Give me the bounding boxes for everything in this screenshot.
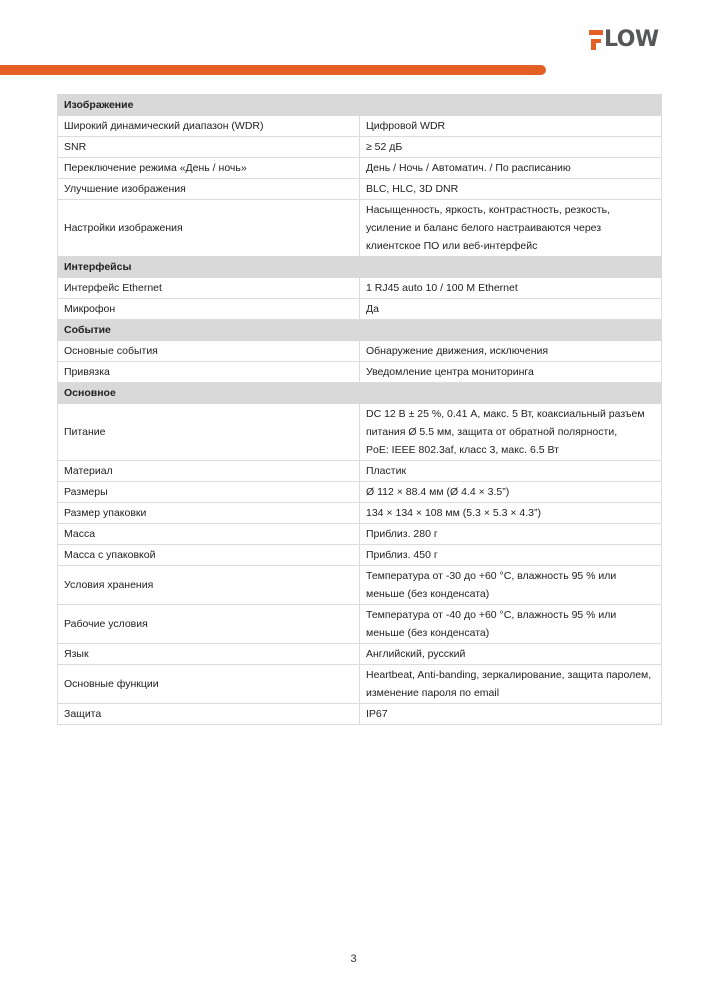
table-row: Интерфейс Ethernet1 RJ45 auto 10 / 100 M… [58, 278, 662, 299]
spec-key: Настройки изображения [58, 200, 360, 257]
spec-value-line: PoE: IEEE 802.3af, класс 3, макс. 6.5 Вт [366, 441, 655, 459]
table-row: Улучшение изображенияBLC, HLC, 3D DNR [58, 179, 662, 200]
section-header-row: Интерфейсы [58, 257, 662, 278]
spec-key: Размеры [58, 482, 360, 503]
spec-key: Защита [58, 704, 360, 725]
spec-key: Масса с упаковкой [58, 545, 360, 566]
table-row: Размер упаковки134 × 134 × 108 мм (5.3 ×… [58, 503, 662, 524]
spec-value: Английский, русский [360, 644, 662, 665]
table-row: Настройки изображенияНасыщенность, яркос… [58, 200, 662, 257]
page-number: 3 [0, 953, 707, 965]
spec-key: Широкий динамический диапазон (WDR) [58, 116, 360, 137]
spec-key: SNR [58, 137, 360, 158]
spec-key: Язык [58, 644, 360, 665]
spec-value-line: 134 × 134 × 108 мм (5.3 × 5.3 × 4.3”) [366, 504, 655, 522]
spec-key: Питание [58, 404, 360, 461]
spec-value-line: Да [366, 300, 655, 318]
spec-key: Переключение режима «День / ночь» [58, 158, 360, 179]
section-header-row: Изображение [58, 95, 662, 116]
spec-value: День / Ночь / Автоматич. / По расписанию [360, 158, 662, 179]
spec-value-line: Уведомление центра мониторинга [366, 363, 655, 381]
spec-value: Приблиз. 280 г [360, 524, 662, 545]
spec-value: Температура от -40 до +60 °C, влажность … [360, 605, 662, 644]
spec-value: Температура от -30 до +60 °C, влажность … [360, 566, 662, 605]
spec-value: Обнаружение движения, исключения [360, 341, 662, 362]
spec-value: IP67 [360, 704, 662, 725]
spec-value-line: Обнаружение движения, исключения [366, 342, 655, 360]
section-title: Основное [58, 383, 662, 404]
spec-value: Уведомление центра мониторинга [360, 362, 662, 383]
spec-value: Heartbeat, Anti-banding, зеркалирование,… [360, 665, 662, 704]
spec-key: Улучшение изображения [58, 179, 360, 200]
table-row: ЗащитаIP67 [58, 704, 662, 725]
table-row: Масса с упаковкойПриблиз. 450 г [58, 545, 662, 566]
table-row: МикрофонДа [58, 299, 662, 320]
spec-value: ≥ 52 дБ [360, 137, 662, 158]
spec-value-line: Английский, русский [366, 645, 655, 663]
spec-value-line: Heartbeat, Anti-banding, зеркалирование,… [366, 666, 655, 702]
table-row: Условия храненияТемпература от -30 до +6… [58, 566, 662, 605]
spec-key: Привязка [58, 362, 360, 383]
spec-value: 134 × 134 × 108 мм (5.3 × 5.3 × 4.3”) [360, 503, 662, 524]
spec-value-line: BLC, HLC, 3D DNR [366, 180, 655, 198]
spec-value: Цифровой WDR [360, 116, 662, 137]
section-header-row: Событие [58, 320, 662, 341]
spec-value-line: Ø 112 × 88.4 мм (Ø 4.4 × 3.5”) [366, 483, 655, 501]
spec-value-line: ≥ 52 дБ [366, 138, 655, 156]
section-title: Событие [58, 320, 662, 341]
table-row: МатериалПластик [58, 461, 662, 482]
section-title: Изображение [58, 95, 662, 116]
header-accent-bar [0, 65, 546, 75]
table-row: Переключение режима «День / ночь»День / … [58, 158, 662, 179]
spec-key: Основные события [58, 341, 360, 362]
spec-key: Условия хранения [58, 566, 360, 605]
spec-key: Масса [58, 524, 360, 545]
spec-value-line: День / Ночь / Автоматич. / По расписанию [366, 159, 655, 177]
spec-value: Ø 112 × 88.4 мм (Ø 4.4 × 3.5”) [360, 482, 662, 503]
spec-key: Основные функции [58, 665, 360, 704]
table-row: SNR≥ 52 дБ [58, 137, 662, 158]
spec-key: Интерфейс Ethernet [58, 278, 360, 299]
table-row: Рабочие условияТемпература от -40 до +60… [58, 605, 662, 644]
spec-value-line: Насыщенность, яркость, контрастность, ре… [366, 201, 655, 255]
section-header-row: Основное [58, 383, 662, 404]
spec-value-line: DC 12 В ± 25 %, 0.41 А, макс. 5 Вт, коак… [366, 405, 655, 441]
spec-key: Микрофон [58, 299, 360, 320]
table-row: ПривязкаУведомление центра мониторинга [58, 362, 662, 383]
spec-value: Насыщенность, яркость, контрастность, ре… [360, 200, 662, 257]
spec-value-line: 1 RJ45 auto 10 / 100 M Ethernet [366, 279, 655, 297]
spec-key: Размер упаковки [58, 503, 360, 524]
table-row: Основные событияОбнаружение движения, ис… [58, 341, 662, 362]
spec-value: Приблиз. 450 г [360, 545, 662, 566]
table-row: Основные функцииHeartbeat, Anti-banding,… [58, 665, 662, 704]
table-row: МассаПриблиз. 280 г [58, 524, 662, 545]
spec-value-line: Приблиз. 280 г [366, 525, 655, 543]
spec-value: Да [360, 299, 662, 320]
table-row: РазмерыØ 112 × 88.4 мм (Ø 4.4 × 3.5”) [58, 482, 662, 503]
spec-value: 1 RJ45 auto 10 / 100 M Ethernet [360, 278, 662, 299]
spec-key: Материал [58, 461, 360, 482]
spec-value-line: Пластик [366, 462, 655, 480]
logo-text: LOW [604, 30, 659, 50]
spec-value-line: IP67 [366, 705, 655, 723]
spec-key: Рабочие условия [58, 605, 360, 644]
spec-value: Пластик [360, 461, 662, 482]
logo-f-mark-icon [589, 30, 603, 50]
flow-logo: LOW [589, 28, 659, 52]
specifications-table: ИзображениеШирокий динамический диапазон… [57, 94, 662, 725]
spec-value-line: Температура от -30 до +60 °C, влажность … [366, 567, 655, 603]
spec-value-line: Температура от -40 до +60 °C, влажность … [366, 606, 655, 642]
spec-value: DC 12 В ± 25 %, 0.41 А, макс. 5 Вт, коак… [360, 404, 662, 461]
section-title: Интерфейсы [58, 257, 662, 278]
spec-value: BLC, HLC, 3D DNR [360, 179, 662, 200]
spec-value-line: Цифровой WDR [366, 117, 655, 135]
spec-value-line: Приблиз. 450 г [366, 546, 655, 564]
table-row: ПитаниеDC 12 В ± 25 %, 0.41 А, макс. 5 В… [58, 404, 662, 461]
table-row: ЯзыкАнглийский, русский [58, 644, 662, 665]
table-row: Широкий динамический диапазон (WDR)Цифро… [58, 116, 662, 137]
